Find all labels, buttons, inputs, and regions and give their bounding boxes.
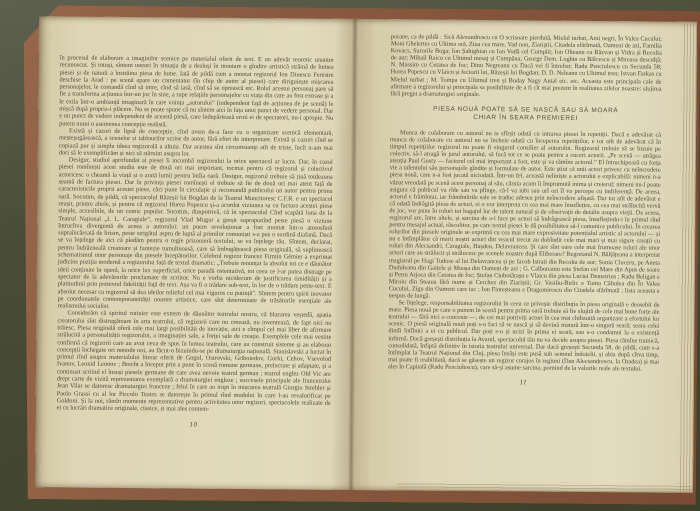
left-page-paragraph-3: Desigur, studiul aprofundat al piesei îi… <box>58 157 333 313</box>
left-page-number: 10 <box>56 420 330 430</box>
right-page-number: 11 <box>388 378 659 387</box>
center-fold-shadow <box>331 19 375 490</box>
right-page-paragraph-2: Munca de colaborare cu autorul nu ia sfî… <box>389 129 661 302</box>
page-spread: în procesul de elaborare a imaginilor sc… <box>35 16 697 493</box>
left-page-paragraph-4: Considerăm că spiritul rutinier este ext… <box>57 310 332 415</box>
right-page-paragraph-continuation: porane, ca de pildă : Sică Alexandrescu … <box>390 33 662 99</box>
section-heading: PIESA NOUĂ POATE SĂ SE NASCĂ SAU SĂ MOAR… <box>390 105 661 124</box>
open-book: în procesul de elaborare a imaginilor sc… <box>20 5 700 505</box>
right-page-paragraph-3: Se înțelege, responsabilitatea regizorul… <box>388 299 660 372</box>
photo-background: în procesul de elaborare a imaginilor sc… <box>0 0 700 511</box>
left-page-paragraph-2: Există și cazuri de lipsă de concepție, … <box>59 127 333 159</box>
right-page: porane, ca de pildă : Sică Alexandrescu … <box>388 33 662 387</box>
left-page-paragraph-continuation: în procesul de elaborare a imaginilor sc… <box>59 54 334 129</box>
left-page: în procesul de elaborare a imaginilor sc… <box>56 54 333 429</box>
section-heading-line2: CHIAR ÎN SEARA PREMIEREI <box>390 114 661 125</box>
